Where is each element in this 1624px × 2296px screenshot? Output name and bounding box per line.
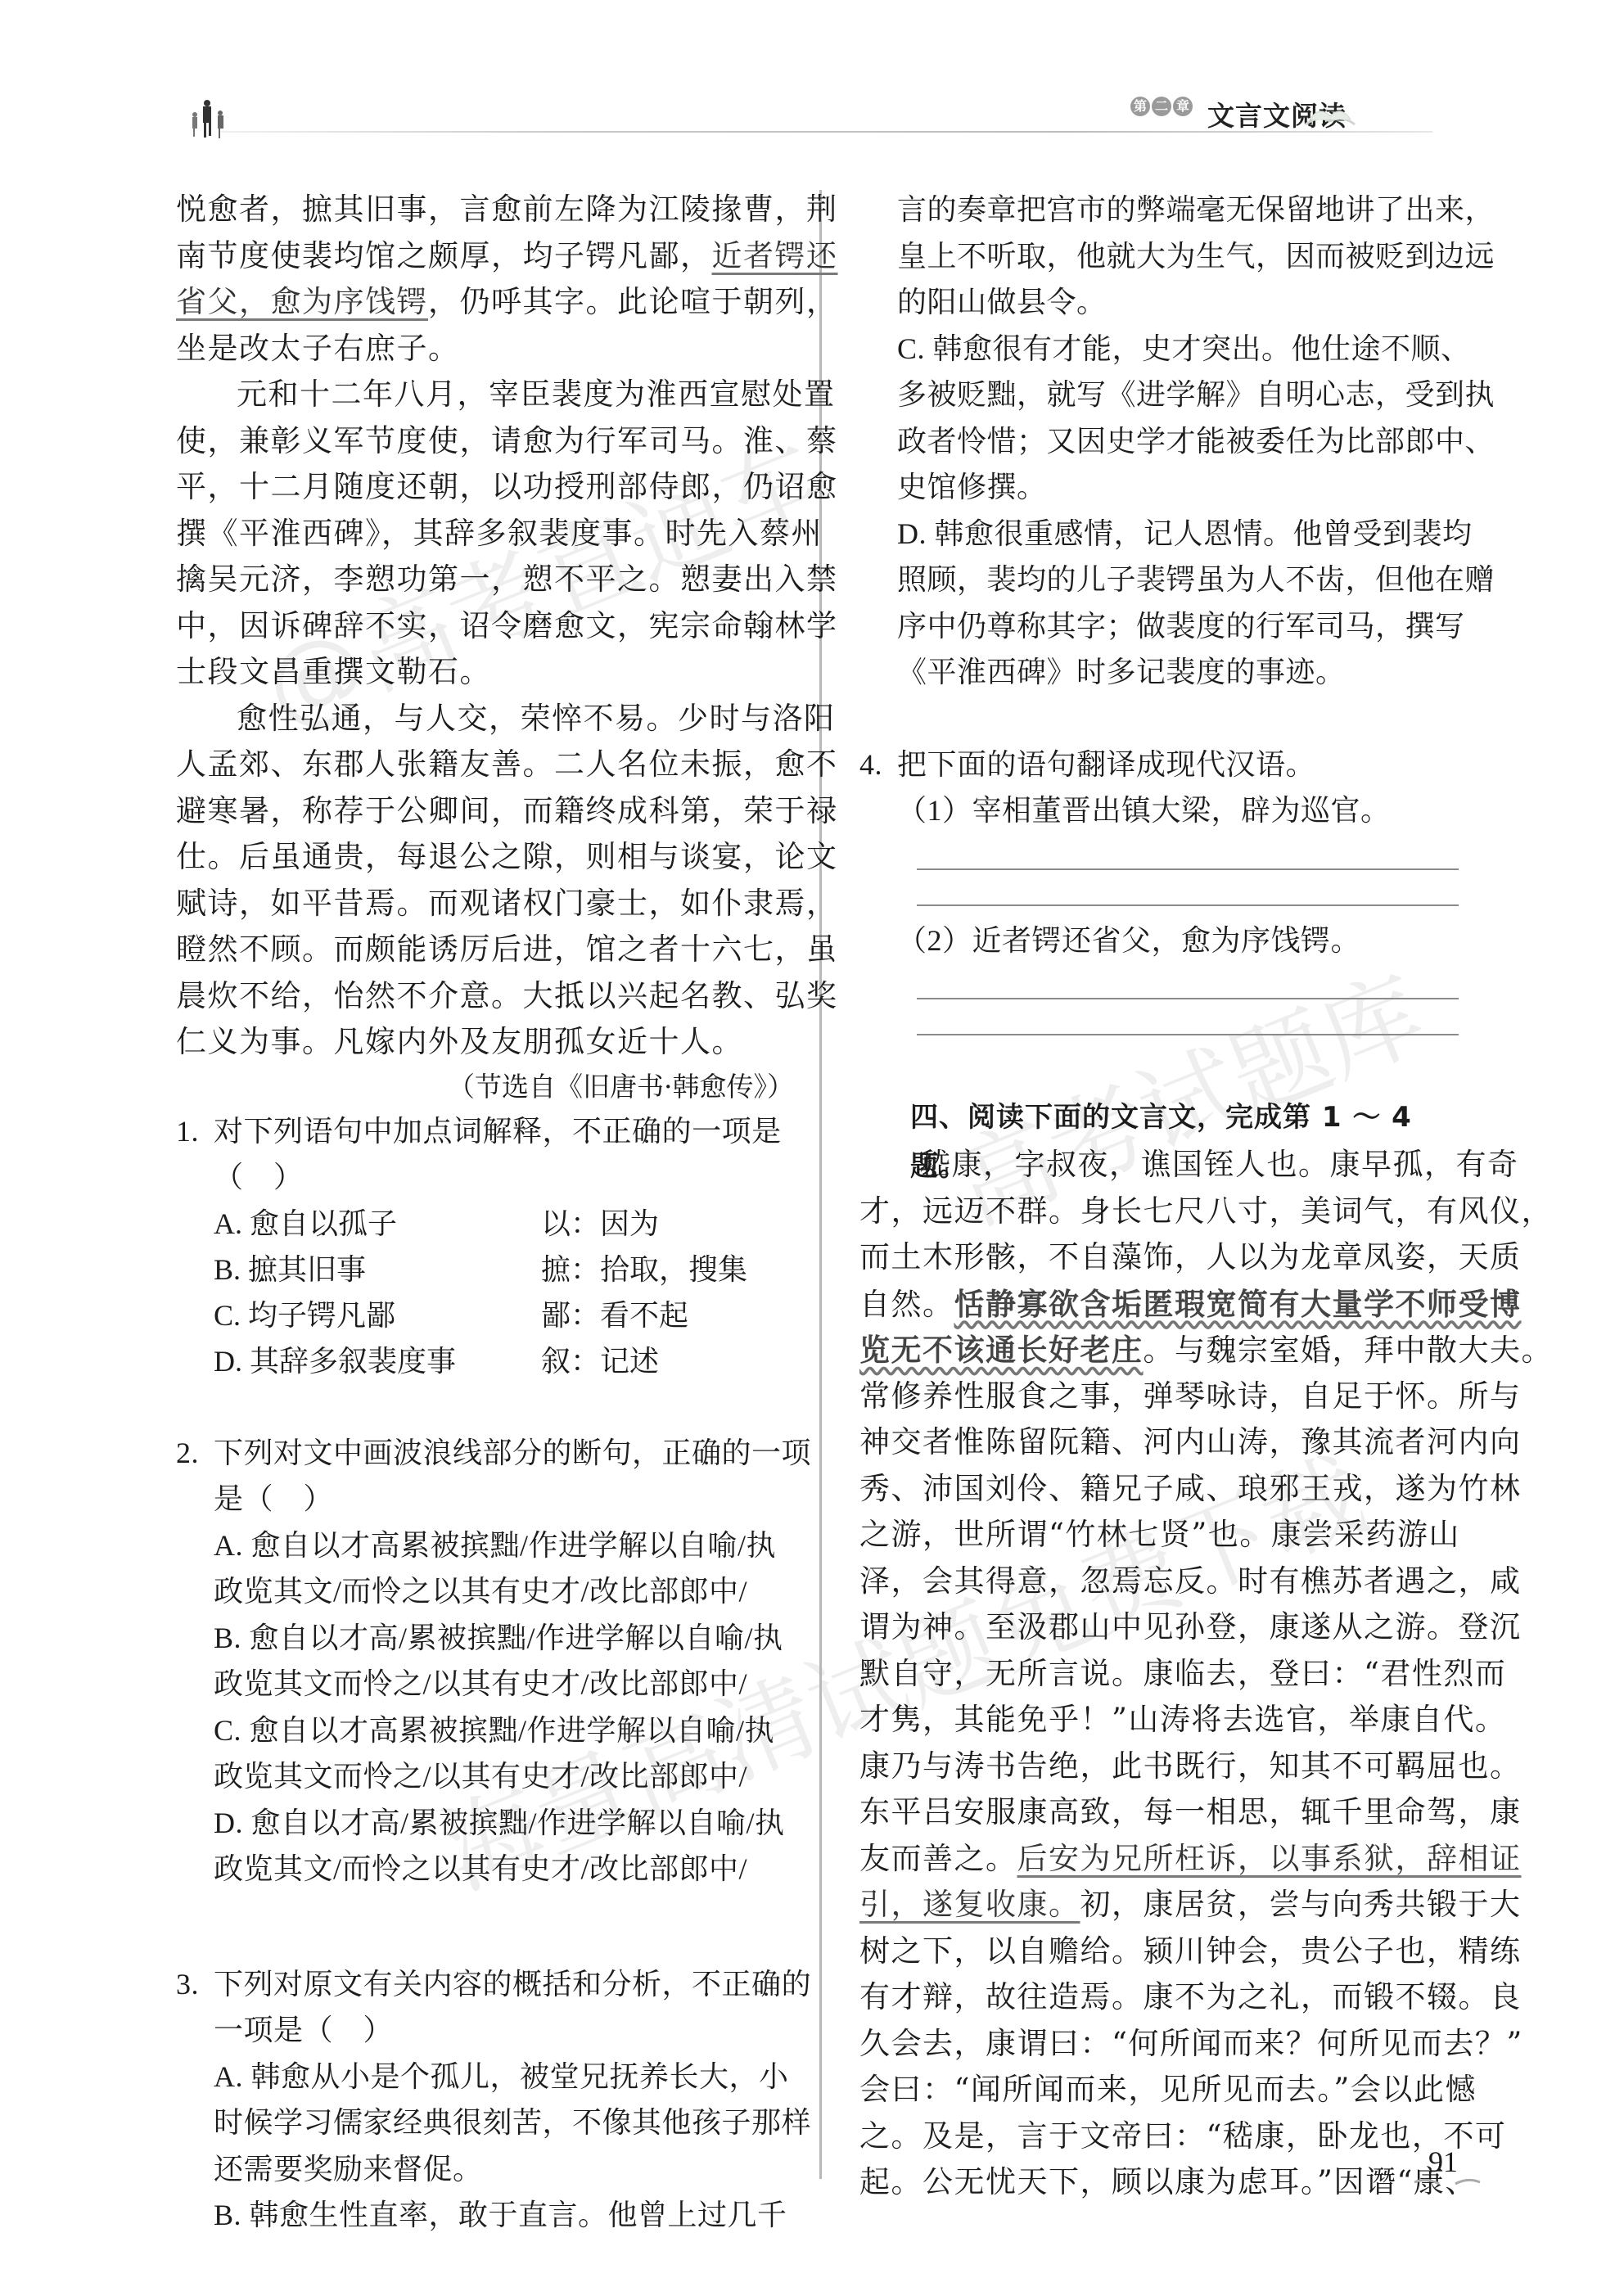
passage-line: 友而善之。后安为兄所枉诉，以事系狱，辞相证 [859, 1836, 1465, 1883]
question-1: 1.对下列语句中加点词解释，不正确的一项是 （ ） A. 愈自以孤子以：因为B.… [176, 1108, 794, 1384]
emphasis-dot-char: 叙 [338, 1345, 368, 1378]
q3-option-line: 序中仍尊称其字；做裴度的行军司马，撰写 [859, 603, 1465, 650]
option-text: B. 摭其旧事 [214, 1247, 541, 1292]
q3-options: A. 韩愈从小是个孤儿，被堂兄抚养长大，小时候学习儒家经典很刻苦，不像其他孩子那… [176, 2054, 794, 2239]
left-column: 悦愈者，摭其旧事，言愈前左降为江陵掾曹，荆南节度使裴均馆之颇厚，均子锷凡鄙，近者… [176, 187, 794, 2239]
passage-line: 愈性弘通，与人交，荣悴不易。少时与洛阳 [176, 696, 794, 742]
passage-line: 晨炊不给，怡然不介意。大抵以兴起名教、弘奖 [176, 973, 794, 1020]
passage-line: 避寒暑，称荐于公卿间，而籍终成科第，荣于禄 [176, 788, 794, 835]
q2-option-cont: 政览其文/而怜之以其有史才/改比部郎中/ [176, 1568, 794, 1615]
q1-option[interactable]: A. 愈自以孤子以：因为 [176, 1201, 794, 1247]
q2-option[interactable]: A. 愈自以才高累被摈黜/作进学解以自喻/执 [176, 1522, 794, 1569]
passage-line: 引，遂复收康。初，康居贫，尝与向秀共锻于大 [859, 1882, 1465, 1928]
q2-stem: 下列对文中画波浪线部分的断句，正确的一项 [214, 1437, 811, 1469]
question-3-continued: 言的奏章把宫市的弊端毫无保留地讲了出来，皇上不听取，他就大为生气，因而被贬到边远… [859, 187, 1465, 696]
q3-option-line: 政者怜惜；又因史学才能被委任为比部郎中、 [859, 418, 1465, 465]
option-gloss: 以：因为 [541, 1201, 659, 1247]
passage-line: 才，远迈不群。身长七尺八寸，美词气，有风仪， [859, 1189, 1465, 1235]
wavy-underlined-sentence: 恬静寡欲含垢匿瑕宽简有大量学不师受博 [954, 1286, 1522, 1322]
emphasis-dot-char: 正 [662, 1437, 692, 1469]
q3-option-line: C. 韩愈很有才能，史才突出。他仕途不顺、 [859, 326, 1465, 372]
passage-line: 瞪然不顾。而颇能诱厉后进，馆之者十六七，虽 [176, 927, 794, 973]
q1-option[interactable]: C. 均子锷凡鄙鄙：看不起 [176, 1292, 794, 1338]
q2-options: A. 愈自以才高累被摈黜/作进学解以自喻/执政览其文/而怜之以其有史才/改比部郎… [176, 1522, 794, 1892]
passage-line: 默自守，无所言说。康临去，登曰：“君性烈而 [859, 1651, 1465, 1698]
chapter-badge: 第 二 章 [1130, 97, 1193, 116]
passage-line: 秀、沛国刘伶、籍兄子咸、琅邪王戎，遂为竹林 [859, 1466, 1465, 1513]
passage-line: 自然。恬静寡欲含垢匿瑕宽简有大量学不师受博 [859, 1281, 1465, 1328]
passage-line: 东平吕安服康高致，每一相思，辄千里命驾，康 [859, 1789, 1465, 1836]
passage-line: 泽，会其得意，忽焉忘反。时有樵苏者遇之，咸 [859, 1558, 1465, 1605]
passage-line: 才隽，其能免乎！”山涛将去选官，举康自代。 [859, 1697, 1465, 1743]
q3-option-line: A. 韩愈从小是个孤儿，被堂兄抚养长大，小 [176, 2054, 794, 2100]
q1-option[interactable]: B. 摭其旧事摭：拾取，搜集 [176, 1247, 794, 1292]
emphasis-dot-char: 不 [692, 1968, 722, 2001]
emphasis-dot-char: 鄙 [366, 1299, 395, 1332]
q1-options: A. 愈自以孤子以：因为B. 摭其旧事摭：拾取，搜集C. 均子锷凡鄙鄙：看不起D… [176, 1201, 794, 1384]
q3-option-line: 言的奏章把宫市的弊端毫无保留地讲了出来， [859, 187, 1465, 233]
passage-line: 撰《平淮西碑》，其辞多叙裴度事。时先入蔡州 [176, 511, 794, 557]
passage-line: 之游，世所谓“竹林七贤”也。康尝采药游山 [859, 1512, 1465, 1558]
option-text: A. 愈自以孤子 [214, 1201, 541, 1247]
passage-line: 树之下，以自赡给。颍川钟会，贵公子也，精练 [859, 1928, 1465, 1975]
answer-blank[interactable]: （ ） [176, 1154, 794, 1201]
q2-option-cont: 政览其文/而怜之以其有史才/改比部郎中/ [176, 1846, 794, 1892]
passage-line: 元和十二年八月，宰臣裴度为淮西宣慰处置 [176, 372, 794, 418]
passage-line: 而土木形骸，不自藻饰，人以为龙章凤姿，天质 [859, 1234, 1465, 1281]
passage-line: 使，兼彰义军节度使，请愈为行军司马。淮、蔡 [176, 418, 794, 465]
passage-line: 会曰：“闻所闻而来，见所见而去。”会以此憾 [859, 2067, 1465, 2113]
passage-line: 省父，愈为序饯锷，仍呼其字。此论喧于朝列， [176, 279, 794, 326]
passage-line: 仁义为事。凡嫁内外及友朋孤女近十人。 [176, 1019, 794, 1066]
q2-option[interactable]: B. 愈自以才高/累被摈黜/作进学解以自喻/执 [176, 1615, 794, 1662]
option-gloss: 摭：拾取，搜集 [541, 1247, 747, 1292]
page-header: 第 二 章 文言文阅读 [0, 0, 1624, 164]
q2-option-cont: 政览其文而怜之/以其有史才/改比部郎中/ [176, 1661, 794, 1707]
q4-item: （1）宰相董晋出镇大梁，辟为巡官。 [859, 787, 1465, 834]
q3-option-line: 史馆修撰。 [859, 464, 1465, 511]
option-text: D. 其辞多叙裴度事 [214, 1338, 541, 1384]
question-2: 2.下列对文中画波浪线部分的断句，正确的一项 是（ ） A. 愈自以才高累被摈黜… [176, 1430, 794, 1892]
q3-option-line: D. 韩愈很重感情，记人恩情。他曾受到裴均 [859, 511, 1465, 557]
emphasis-dot-char: 确 [751, 1968, 782, 2001]
passage-line: 士段文昌重撰文勒石。 [176, 649, 794, 696]
q2-option[interactable]: D. 愈自以才高/累被摈黜/作进学解以自喻/执 [176, 1800, 794, 1847]
q3-option-line: 照顾，裴均的儿子裴锷虽为人不齿，但他在赠 [859, 557, 1465, 603]
option-gloss: 叙：记述 [541, 1338, 659, 1384]
emphasis-dot-char: 正 [722, 1968, 752, 2001]
q3-option-line: 多被贬黜，就写《进学解》自明心志，受到执 [859, 372, 1465, 418]
underlined-sentence: 近者锷还 [712, 238, 838, 273]
passage-line: 起。公无忧天下，顾以康为虑耳。”因谮“康、 [859, 2159, 1465, 2206]
passage-line: 有才辩，故往造焉。康不为之礼，而锻不辍。良 [859, 1974, 1465, 2021]
option-gloss: 鄙：看不起 [541, 1292, 688, 1338]
q4-stem: 把下面的语句翻译成现代汉语。 [897, 748, 1315, 781]
passage-line: 常修养性服食之事，弹琴咏诗，自足于怀。所与 [859, 1374, 1465, 1420]
q3-option-line: 皇上不听取，他就大为生气，因而被贬到边远 [859, 233, 1465, 280]
passage-line: 久会去，康谓曰：“何所闻而来？何所见而去？” [859, 2021, 1465, 2068]
q1-stem: 对下列语句中加点词解释，不正确的一项是 [214, 1115, 782, 1148]
passage-line: 悦愈者，摭其旧事，言愈前左降为江陵掾曹，荆 [176, 187, 794, 233]
answer-blank[interactable]: 一项是（ ） [176, 2007, 794, 2054]
passage-line: 神交者惟陈留阮籍、河内山涛，豫其流者河内向 [859, 1419, 1465, 1466]
wavy-underlined-sentence: 览无不该通长好老庄 [859, 1332, 1144, 1368]
q3-option-line: 时候学习儒家经典很刻苦，不像其他孩子那样 [176, 2100, 794, 2146]
passage-line: 中，因诉碑辞不实，诏令磨愈文，宪宗命翰林学 [176, 603, 794, 650]
runners-logo-icon [184, 97, 233, 146]
passage-line: 擒吴元济，李愬功第一，愬不平之。愬妻出入禁 [176, 557, 794, 603]
answer-blank[interactable]: 是（ ） [176, 1476, 794, 1522]
passage-line: 南节度使裴均馆之颇厚，均子锷凡鄙，近者锷还 [176, 233, 794, 280]
passage-line: 赋诗，如平昔焉。而观诸权门豪士，如仆隶焉， [176, 881, 794, 927]
underlined-sentence: 引，遂复收康。 [859, 1887, 1080, 1922]
q3-option-line: 的阳山做县令。 [859, 279, 1465, 326]
passage-source: （节选自《旧唐书·韩愈传》） [176, 1066, 794, 1108]
passage-line: 平，十二月随度还朝，以功授刑部侍郎，仍诏愈 [176, 464, 794, 511]
underlined-sentence: 省父，愈为序饯锷 [176, 284, 428, 319]
passage-line: 之。及是，言于文帝曰：“嵇康，卧龙也，不可 [859, 2113, 1465, 2160]
question-4: 4.把下面的语句翻译成现代汉语。 （1）宰相董晋出镇大梁，辟为巡官。（2）近者锷… [859, 742, 1465, 1048]
q3-option-line: 还需要奖励来督促。 [176, 2146, 794, 2193]
section-four-title: 四、阅读下面的文言文，完成第 1 ～ 4 题。 [859, 1093, 1465, 1142]
emphasis-dot-char: 正 [602, 1115, 633, 1148]
q3-stem: 下列对原文有关内容的概括和分析，不正确的 [214, 1968, 811, 2001]
emphasis-dot-char: 不 [572, 1115, 602, 1148]
emphasis-dot-char: 确 [692, 1437, 722, 1469]
q4-item: （2）近者锷还省父，愈为序饯锷。 [859, 918, 1465, 964]
emphasis-dot-char: 摭 [248, 1253, 277, 1286]
passage-line: 嵇康，字叔夜，谯国铚人也。康早孤，有奇 [859, 1142, 1465, 1189]
page-number: 91 [1428, 2145, 1458, 2179]
emphasis-dot-char: 确 [632, 1115, 662, 1148]
underlined-sentence: 后安为兄所枉诉，以事系狱，辞相证 [1017, 1841, 1522, 1876]
question-3: 3.下列对原文有关内容的概括和分析，不正确的 一项是（ ） A. 韩愈从小是个孤… [176, 1961, 794, 2239]
passage-line: 览无不该通长好老庄。与魏宗室婚，拜中散大夫。 [859, 1327, 1465, 1374]
passage-line: 谓为神。至汲郡山中见孙登，康遂从之游。登沉 [859, 1604, 1465, 1651]
open-book-icon [1301, 97, 1359, 129]
q1-option[interactable]: D. 其辞多叙裴度事叙：记述 [176, 1338, 794, 1384]
passage-line: 康乃与涛书告绝，此书既行，知其不可羁屈也。 [859, 1743, 1465, 1790]
q3-option-line: B. 韩愈生性直率，敢于直言。他曾上过几千 [176, 2192, 794, 2239]
passage-ji-kang: 嵇康，字叔夜，谯国铚人也。康早孤，有奇才，远迈不群。身长七尺八寸，美词气，有风仪… [859, 1142, 1465, 2206]
right-column: 言的奏章把宫市的弊端毫无保留地讲了出来，皇上不听取，他就大为生气，因而被贬到边远… [859, 187, 1465, 2206]
passage-line: 坐是改太子右庶子。 [176, 326, 794, 372]
passage-line: 仕。后虽通贵，每退公之隙，则相与谈宴，论文 [176, 834, 794, 881]
q2-option[interactable]: C. 愈自以才高累被摈黜/作进学解以自喻/执 [176, 1707, 794, 1754]
emphasis-dot-char: 以 [309, 1207, 338, 1240]
q2-option-cont: 政览其文而怜之/以其有史才/改比部郎中/ [176, 1753, 794, 1800]
page-ornament-icon [1406, 2177, 1488, 2189]
passage-han-yu: 悦愈者，摭其旧事，言愈前左降为江陵掾曹，荆南节度使裴均馆之颇厚，均子锷凡鄙，近者… [176, 187, 794, 1066]
q3-option-line: 《平淮西碑》时多记裴度的事迹。 [859, 649, 1465, 696]
passage-line: 人孟郊、东郡人张籍友善。二人名位未振，愈不 [176, 742, 794, 788]
